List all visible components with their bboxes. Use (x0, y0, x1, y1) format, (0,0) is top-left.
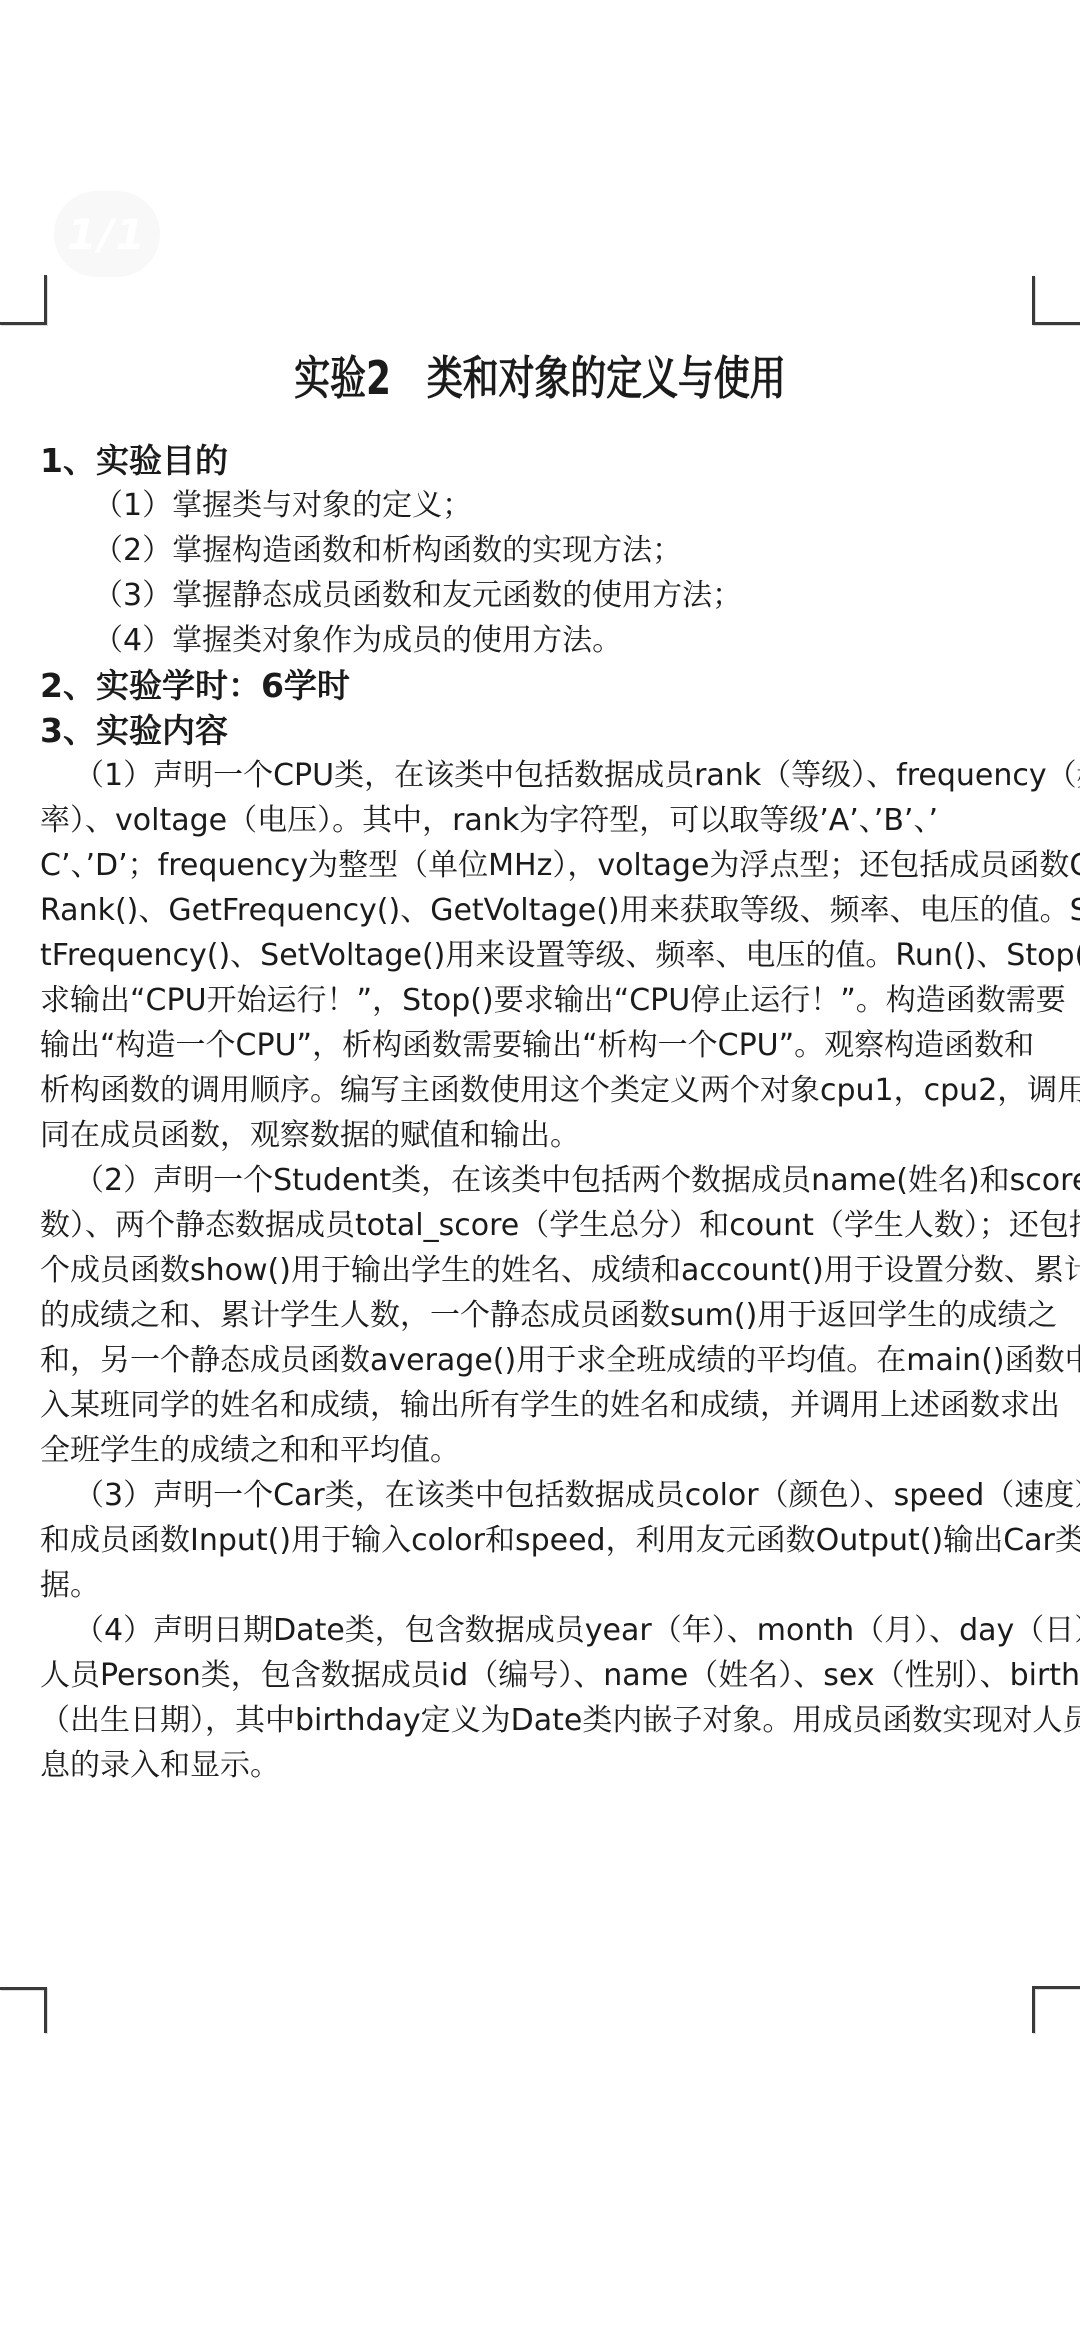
doc-line-14: 输出“构造一个CPU”，析构函数需要输出“析构一个CPU”。观察构造函数和 (40, 1023, 1040, 1068)
doc-line-22: 入某班同学的姓名和成绩，输出所有学生的姓名和成绩，并调用上述函数求出 (40, 1383, 1040, 1428)
doc-line-7: 3、实验内容 (40, 708, 1040, 753)
doc-line-1: 1、实验目的 (40, 438, 1040, 483)
doc-line-25: 和成员函数Input()用于输入color和speed，利用友元函数Output… (40, 1518, 1040, 1563)
corner-mark-top-right (1032, 276, 1080, 325)
doc-line-6: 2、实验学时：6学时 (40, 663, 1040, 708)
doc-line-17: （2）声明一个Student类，在该类中包括两个数据成员name(姓名)和sco… (40, 1158, 1040, 1203)
doc-line-28: 人员Person类，包含数据成员id（编号）、name（姓名）、sex（性别）、… (40, 1653, 1040, 1698)
doc-line-30: 息的录入和显示。 (40, 1743, 1040, 1788)
doc-line-2: （1）掌握类与对象的定义； (40, 483, 1040, 528)
document-title: 实验2 类和对象的定义与使用 (150, 352, 930, 404)
doc-line-23: 全班学生的成绩之和和平均值。 (40, 1428, 1040, 1473)
document-body: 1、实验目的（1）掌握类与对象的定义；（2）掌握构造函数和析构函数的实现方法；（… (40, 438, 1040, 1788)
document-viewer-page[interactable]: 1/1 实验2 类和对象的定义与使用 1、实验目的（1）掌握类与对象的定义；（2… (0, 0, 1080, 2340)
corner-mark-bottom-right (1032, 1986, 1080, 2033)
doc-line-11: Rank()、GetFrequency()、GetVoltage()用来获取等级… (40, 888, 1040, 933)
doc-line-13: 求输出“CPU开始运行！”，Stop()要求输出“CPU停止运行！”。构造函数需… (40, 978, 1040, 1023)
document-content: 实验2 类和对象的定义与使用 1、实验目的（1）掌握类与对象的定义；（2）掌握构… (40, 352, 1040, 1788)
doc-line-12: tFrequency()、SetVoltage()用来设置等级、频率、电压的值。… (40, 933, 1040, 978)
doc-line-27: （4）声明日期Date类，包含数据成员year（年）、month（月）、day（… (40, 1608, 1040, 1653)
doc-line-9: 率）、voltage（电压）。其中，rank为字符型，可以取等级’A’、’B’、… (40, 798, 1040, 843)
doc-line-26: 据。 (40, 1563, 1040, 1608)
doc-line-18: 数）、两个静态数据成员total_score（学生总分）和count（学生人数）… (40, 1203, 1040, 1248)
page-indicator-toast: 1/1 (54, 191, 160, 277)
doc-line-8: （1）声明一个CPU类，在该类中包括数据成员rank（等级）、frequency… (40, 753, 1040, 798)
doc-line-20: 的成绩之和、累计学生人数，一个静态成员函数sum()用于返回学生的成绩之 (40, 1293, 1040, 1338)
corner-mark-top-left (0, 275, 47, 325)
doc-line-16: 同在成员函数，观察数据的赋值和输出。 (40, 1113, 1040, 1158)
doc-line-24: （3）声明一个Car类，在该类中包括数据成员color（颜色）、speed（速度… (40, 1473, 1040, 1518)
doc-line-19: 个成员函数show()用于输出学生的姓名、成绩和account()用于设置分数、… (40, 1248, 1040, 1293)
doc-line-21: 和，另一个静态成员函数average()用于求全班成绩的平均值。在main()函… (40, 1338, 1040, 1383)
doc-line-10: C’、’D’；frequency为整型（单位MHz），voltage为浮点型；还… (40, 843, 1040, 888)
doc-line-15: 析构函数的调用顺序。编写主函数使用这个类定义两个对象cpu1，cpu2，调用不 (40, 1068, 1040, 1113)
doc-line-5: （4）掌握类对象作为成员的使用方法。 (40, 618, 1040, 663)
corner-mark-bottom-left (0, 1987, 47, 2033)
doc-line-29: （出生日期），其中birthday定义为Date类内嵌子对象。用成员函数实现对人… (40, 1698, 1040, 1743)
doc-line-4: （3）掌握静态成员函数和友元函数的使用方法； (40, 573, 1040, 618)
page-indicator-label: 1/1 (67, 210, 147, 259)
doc-line-3: （2）掌握构造函数和析构函数的实现方法； (40, 528, 1040, 573)
